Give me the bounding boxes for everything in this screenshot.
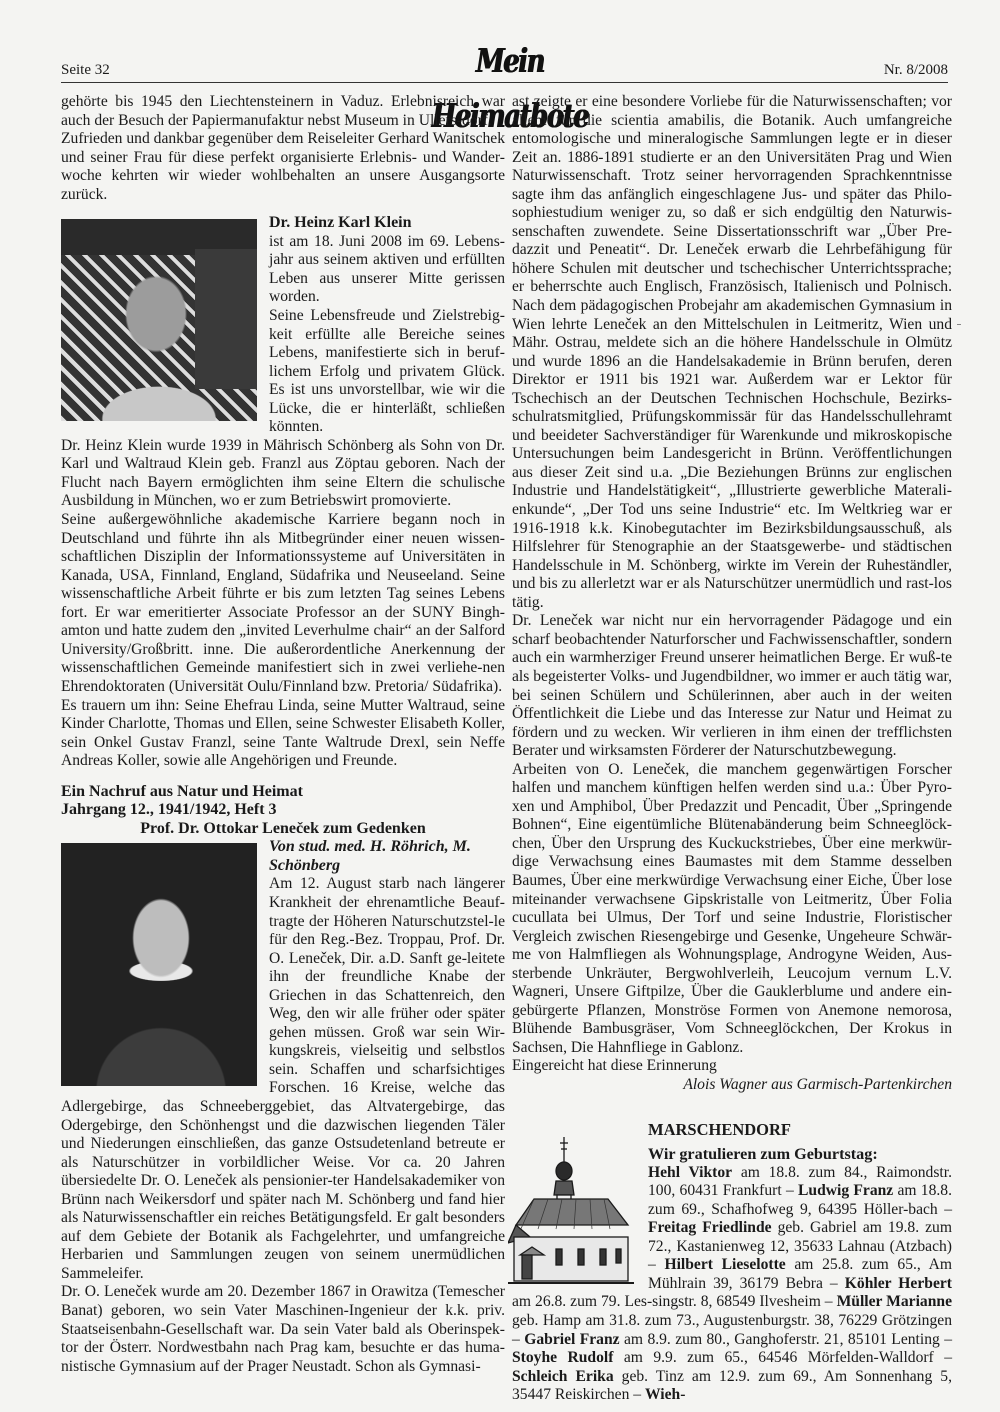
intro-paragraph: gehörte bis 1945 den Liechtensteinern in…	[61, 93, 505, 130]
header-rule	[61, 82, 948, 83]
lenecek-portrait-photo	[61, 843, 257, 1086]
margin-mark	[957, 324, 961, 325]
birthday-name: Hilbert Lieselotte	[664, 1256, 785, 1273]
lenecek-article: Ein Nachruf aus Natur und Heimat Jahrgan…	[61, 783, 505, 1377]
birthday-name: Hehl Viktor	[648, 1164, 732, 1181]
page-number: Seite 32	[61, 61, 110, 79]
birthday-name: Schleich Erika	[512, 1368, 614, 1385]
birthday-details: am 26.8. zum 79. Les-singstr. 8, 68549 I…	[512, 1293, 837, 1310]
marschendorf-section: MARSCHENDORF Wir gratulieren zum Geburts…	[512, 1121, 952, 1405]
article-signature: Alois Wagner aus Garmisch-Partenkirchen	[512, 1076, 952, 1095]
article-kicker: Jahrgang 12., 1941/1942, Heft 3	[61, 801, 505, 820]
birthday-name: Freitag Friedlinde	[648, 1219, 772, 1236]
birthday-details: am 9.9. zum 65., 64546 Mörfelden-Walldor…	[613, 1349, 952, 1366]
birthday-name: Wieh-	[645, 1386, 685, 1403]
birthday-name: Ludwig Franz	[798, 1182, 893, 1199]
klein-obituary: Dr. Heinz Karl Klein ist am 18. Juni 200…	[61, 214, 505, 770]
intro-paragraph: Zufrieden und dankbar gegenüber dem Reis…	[61, 130, 505, 204]
article-paragraph: Dr. O. Leneček wurde am 20. Dezember 186…	[61, 1283, 505, 1376]
birthday-details: am 8.9. zum 80., Ganghoferstr. 21, 85101…	[620, 1331, 952, 1348]
article-kicker: Ein Nachruf aus Natur und Heimat	[61, 783, 505, 802]
article-paragraph: Arbeiten von O. Leneček, die manchem geg…	[512, 761, 952, 1058]
left-column: gehörte bis 1945 den Liechtensteinern in…	[61, 93, 505, 1376]
birthday-name: Köhler Herbert	[845, 1275, 952, 1292]
klein-portrait-photo	[61, 219, 257, 421]
obituary-paragraph: Dr. Heinz Klein wurde 1939 in Mährisch S…	[61, 437, 505, 511]
birthday-name: Stoyhe Rudolf	[512, 1349, 613, 1366]
obituary-paragraph: Seine außergewöhnliche akademische Karri…	[61, 511, 505, 696]
article-title: Prof. Dr. Ottokar Leneček zum Gedenken	[61, 820, 505, 839]
article-paragraph: ast zeigte er eine besondere Vorliebe fü…	[512, 93, 952, 612]
church-illustration-icon	[508, 1133, 638, 1288]
obituary-paragraph: Es trauern um ihn: Seine Ehefrau Linda, …	[61, 697, 505, 771]
submission-note: Eingereicht hat diese Erinnerung	[512, 1057, 952, 1076]
right-column: ast zeigte er eine besondere Vorliebe fü…	[512, 93, 952, 1405]
article-paragraph: Dr. Leneček war nicht nur ein hervorrage…	[512, 612, 952, 760]
issue-number: Nr. 8/2008	[884, 61, 948, 79]
birthday-name: Gabriel Franz	[524, 1331, 619, 1348]
birthday-name: Müller Marianne	[837, 1293, 952, 1310]
